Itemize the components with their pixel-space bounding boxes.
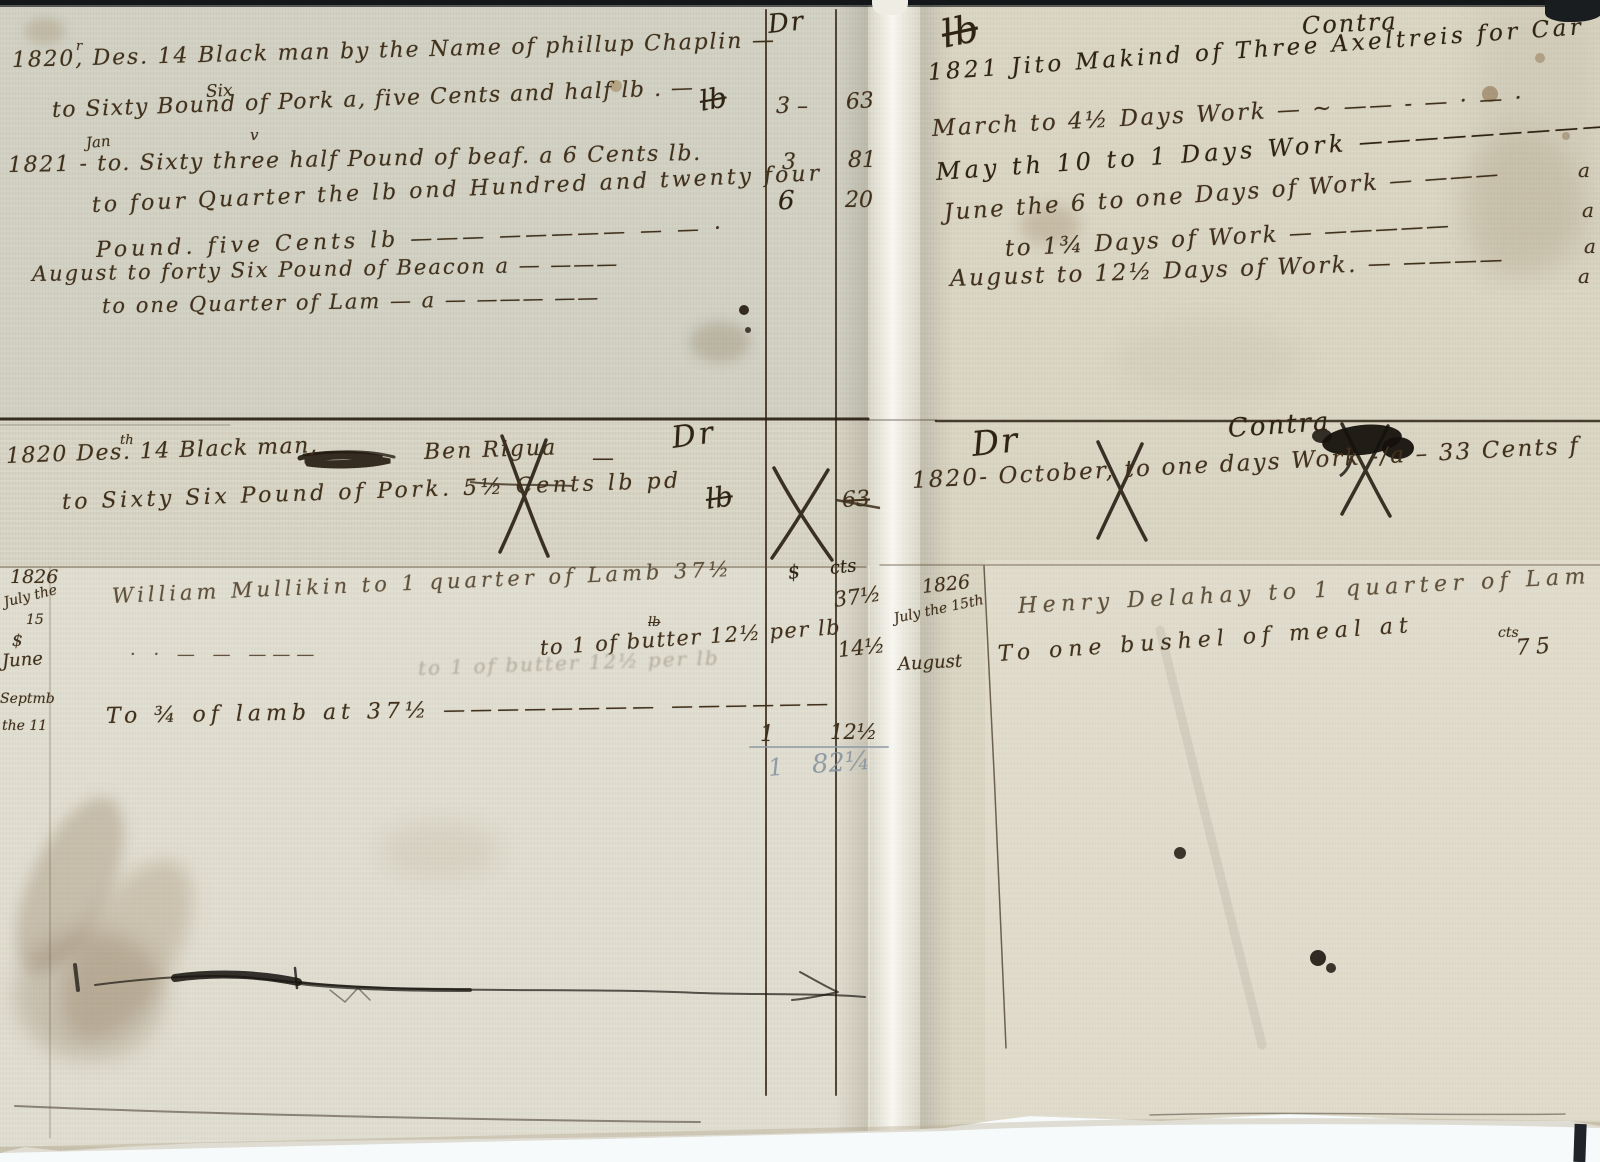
scribbled-out-word: [300, 452, 394, 466]
scanner-corner-blob: [1545, 0, 1600, 22]
scanner-edge-strip: [0, 0, 1600, 8]
ink-spots: [610, 53, 1570, 973]
ink-smear-streak: [75, 965, 865, 1002]
scanner-bar-bottom-right: [1573, 1124, 1586, 1162]
ruled-lines: [0, 10, 1600, 1150]
ledger-scan: Dr r 1820, Des. 14 Black man by the Name…: [0, 0, 1600, 1162]
fold-notch: [872, 0, 908, 15]
ruled-lines-and-ink-marks: [0, 0, 1600, 1162]
x-cross-marks: [500, 424, 1390, 560]
